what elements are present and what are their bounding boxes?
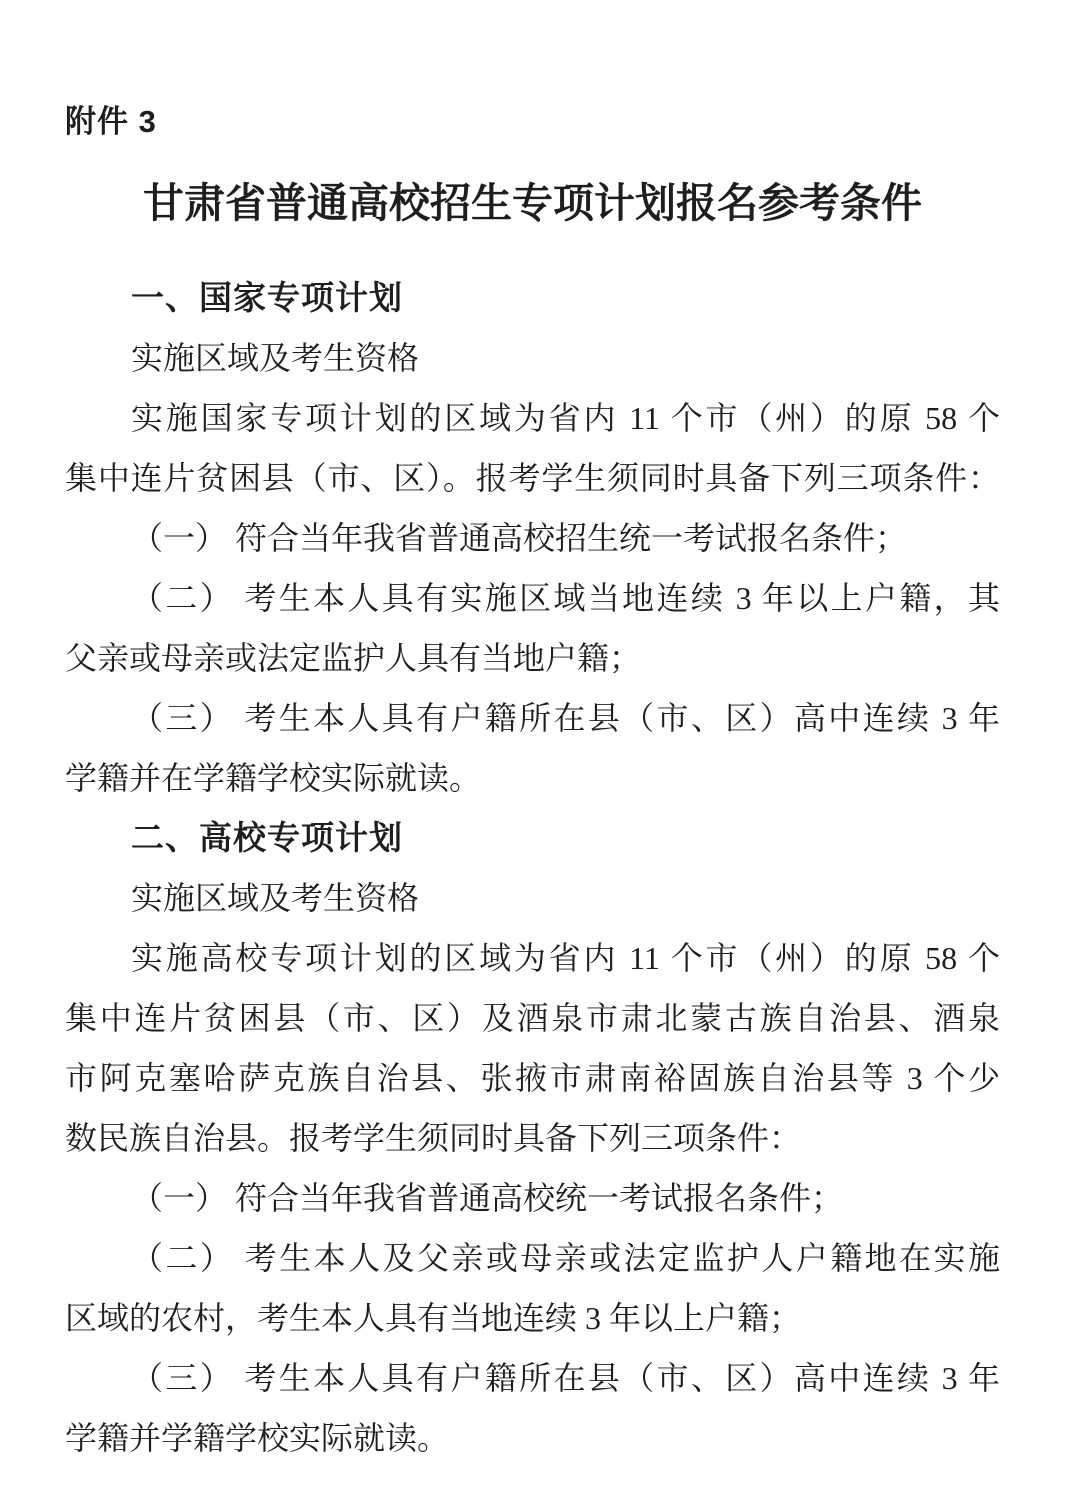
section-2-item-2-line: 区域的农村，考生本人具有当地连续 3 年以上户籍；	[65, 1288, 1000, 1348]
section-2-item-1-line: （一） 符合当年我省普通高校统一考试报名条件；	[65, 1168, 1000, 1228]
section-2-heading: 二、高校专项计划	[65, 808, 1000, 868]
section-2-paragraph-line: 实施高校专项计划的区域为省内 11 个市（州）的原 58 个	[65, 928, 1000, 988]
section-2-subheading: 实施区域及考生资格	[65, 868, 1000, 928]
section-2-paragraph-line: 数民族自治县。报考学生须同时具备下列三项条件：	[65, 1108, 1000, 1168]
section-1-paragraph-line: 集中连片贫困县（市、区）。报考学生须同时具备下列三项条件：	[65, 448, 1000, 508]
section-2-item-2-line: （二） 考生本人及父亲或母亲或法定监护人户籍地在实施	[65, 1228, 1000, 1288]
document-body: 一、国家专项计划 实施区域及考生资格 实施国家专项计划的区域为省内 11 个市（…	[65, 268, 1000, 1468]
section-1-item-3-line: （三） 考生本人具有户籍所在县（市、区）高中连续 3 年	[65, 688, 1000, 748]
document-title: 甘肃省普通高校招生专项计划报名参考条件	[65, 178, 1000, 228]
section-1-subheading: 实施区域及考生资格	[65, 328, 1000, 388]
section-2-paragraph-line: 市阿克塞哈萨克族自治县、张掖市肃南裕固族自治县等 3 个少	[65, 1048, 1000, 1108]
section-1-paragraph-line: 实施国家专项计划的区域为省内 11 个市（州）的原 58 个	[65, 388, 1000, 448]
section-1-item-2-line: （二） 考生本人具有实施区域当地连续 3 年以上户籍，其	[65, 568, 1000, 628]
attachment-label: 附件 3	[65, 100, 1000, 144]
section-1-item-1-line: （一） 符合当年我省普通高校招生统一考试报名条件；	[65, 508, 1000, 568]
section-2-item-3-line: （三） 考生本人具有户籍所在县（市、区）高中连续 3 年	[65, 1348, 1000, 1408]
section-2-item-3-line: 学籍并学籍学校实际就读。	[65, 1408, 1000, 1468]
section-1-item-2-line: 父亲或母亲或法定监护人具有当地户籍；	[65, 628, 1000, 688]
section-2-paragraph-line: 集中连片贫困县（市、区）及酒泉市肃北蒙古族自治县、酒泉	[65, 988, 1000, 1048]
section-1-heading: 一、国家专项计划	[65, 268, 1000, 328]
document-page: 附件 3 甘肃省普通高校招生专项计划报名参考条件 一、国家专项计划 实施区域及考…	[0, 0, 1067, 1511]
section-1-item-3-line: 学籍并在学籍学校实际就读。	[65, 748, 1000, 808]
